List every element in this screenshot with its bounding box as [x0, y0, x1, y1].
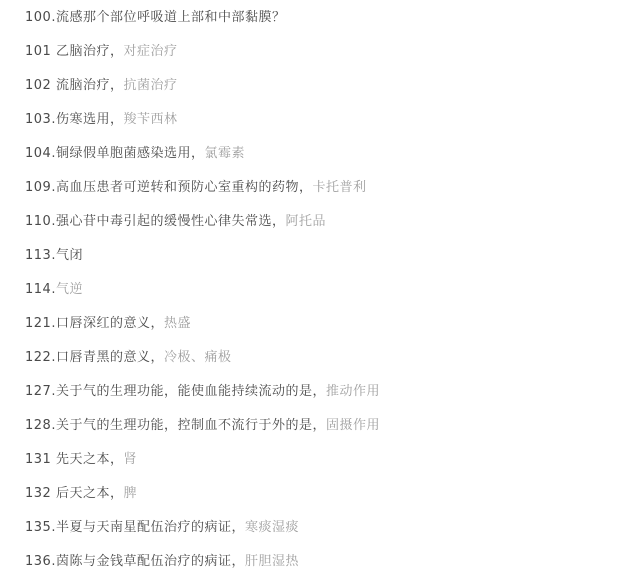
question-text: 135.半夏与天南星配伍治疗的病证，	[25, 520, 245, 535]
answer-text: 羧苄西林	[123, 112, 177, 127]
list-item: 114.气逆	[25, 273, 612, 307]
answer-text: 肝胆湿热	[245, 554, 299, 569]
answer-text: 脾	[123, 486, 137, 501]
list-item: 131 先天之本，肾	[25, 443, 612, 477]
answer-text: 氯霉素	[204, 146, 245, 161]
answer-text: 寒痰湿痰	[245, 520, 299, 535]
question-text: 110.强心苷中毒引起的缓慢性心律失常选，	[25, 214, 285, 229]
list-item: 104.铜绿假单胞菌感染选用，氯霉素	[25, 137, 612, 171]
answer-text: 气逆	[56, 282, 83, 297]
question-text: 127.关于气的生理功能，能使血能持续流动的是，	[25, 384, 326, 399]
answer-text: 抗菌治疗	[123, 78, 177, 93]
list-item: 101 乙脑治疗，对症治疗	[25, 35, 612, 69]
question-text: 122.口唇青黑的意义，	[25, 350, 164, 365]
question-text: 103.伤寒选用，	[25, 112, 123, 127]
list-item: 102 流脑治疗，抗菌治疗	[25, 69, 612, 103]
question-text: 121.口唇深红的意义，	[25, 316, 164, 331]
question-text: 109.高血压患者可逆转和预防心室重构的药物，	[25, 180, 312, 195]
answer-text: 卡托普利	[312, 180, 366, 195]
list-item: 109.高血压患者可逆转和预防心室重构的药物，卡托普利	[25, 171, 612, 205]
list-item: 103.伤寒选用，羧苄西林	[25, 103, 612, 137]
answer-text: 冷极、痛极	[164, 350, 232, 365]
document-page: 100.流感那个部位呼吸道上部和中部黏膜？ 101 乙脑治疗，对症治疗 102 …	[0, 0, 620, 588]
list-item: 121.口唇深红的意义，热盛	[25, 307, 612, 341]
question-text: 131 先天之本，	[25, 452, 123, 467]
list-item: 128.关于气的生理功能，控制血不流行于外的是，固摄作用	[25, 409, 612, 443]
question-text: 104.铜绿假单胞菌感染选用，	[25, 146, 204, 161]
list-item: 132 后天之本，脾	[25, 477, 612, 511]
answer-text: 对症治疗	[123, 44, 177, 59]
list-item: 100.流感那个部位呼吸道上部和中部黏膜？	[25, 1, 612, 35]
list-item: 127.关于气的生理功能，能使血能持续流动的是，推动作用	[25, 375, 612, 409]
question-text: 100.流感那个部位呼吸道上部和中部黏膜？	[25, 10, 285, 25]
question-text: 136.茵陈与金钱草配伍治疗的病证，	[25, 554, 245, 569]
list-item: 110.强心苷中毒引起的缓慢性心律失常选，阿托品	[25, 205, 612, 239]
answer-text: 热盛	[164, 316, 191, 331]
question-text: 101 乙脑治疗，	[25, 44, 123, 59]
question-text: 132 后天之本，	[25, 486, 123, 501]
question-text: 113.气闭	[25, 248, 83, 263]
question-text: 114.	[25, 282, 56, 297]
list-item: 135.半夏与天南星配伍治疗的病证，寒痰湿痰	[25, 511, 612, 545]
answer-text: 肾	[123, 452, 137, 467]
answer-text: 阿托品	[285, 214, 326, 229]
answer-text: 固摄作用	[326, 418, 380, 433]
question-text: 128.关于气的生理功能，控制血不流行于外的是，	[25, 418, 326, 433]
list-item: 113.气闭	[25, 239, 612, 273]
answer-text: 推动作用	[326, 384, 380, 399]
question-text: 102 流脑治疗，	[25, 78, 123, 93]
list-item: 136.茵陈与金钱草配伍治疗的病证，肝胆湿热	[25, 545, 612, 579]
list-item: 122.口唇青黑的意义，冷极、痛极	[25, 341, 612, 375]
